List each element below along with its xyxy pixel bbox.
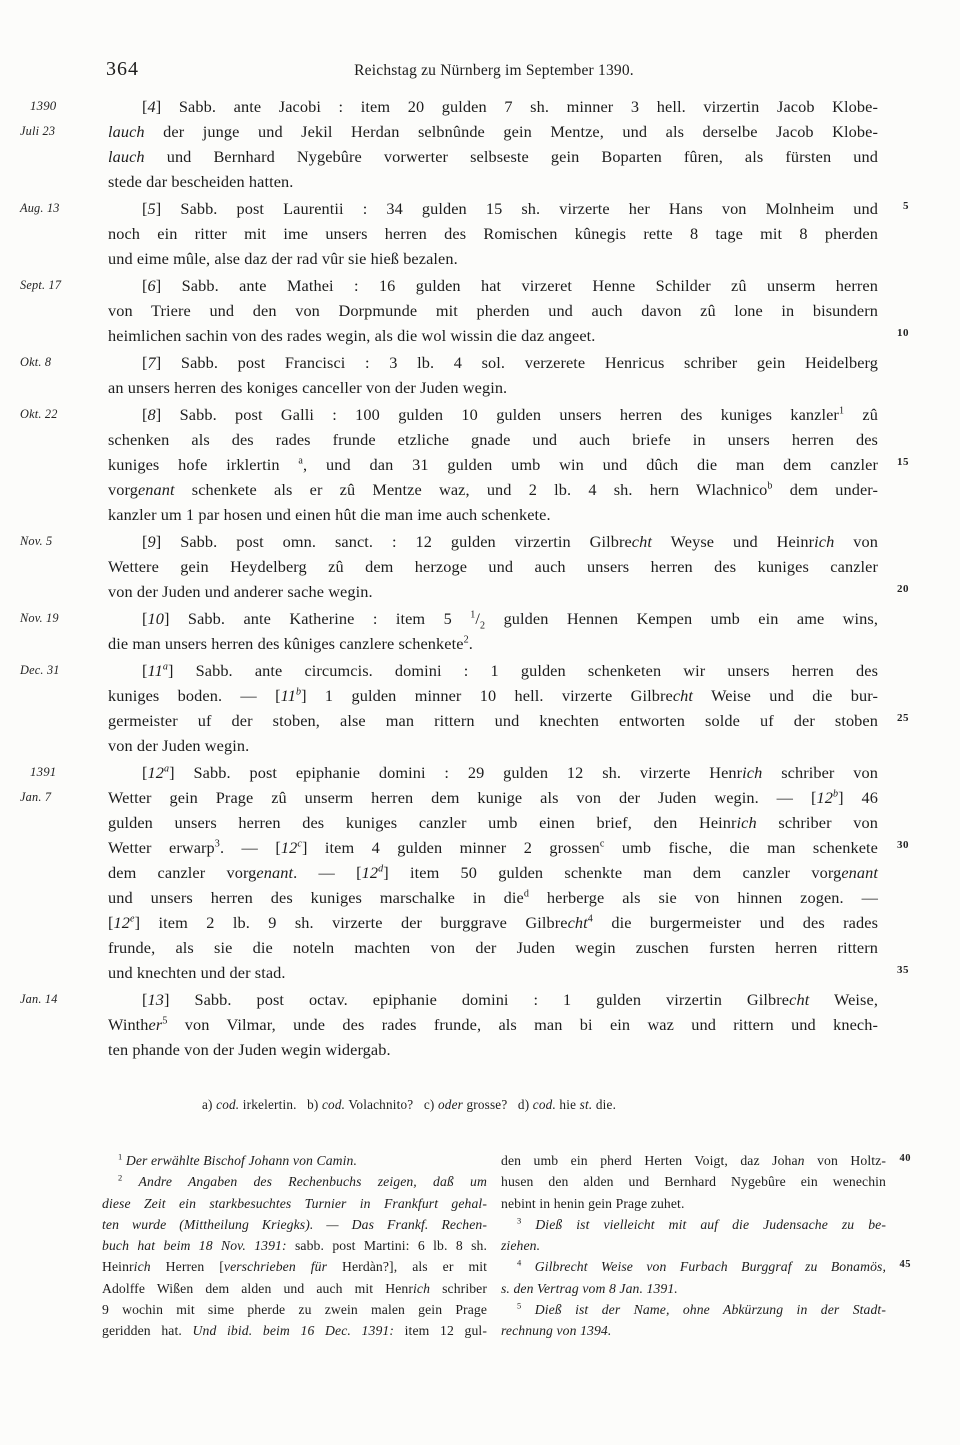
text-line: an unsers herren des koniges canceller v… — [108, 375, 878, 400]
text-line: [11a] Sabb. ante circumcis. domini : 1 g… — [108, 658, 878, 683]
text-line: kuniges hofe irklertin a, und dan 31 gul… — [108, 452, 878, 477]
text-line: und knechten und der stad. — [108, 960, 878, 985]
footnote-line-row: den umb ein pherd Herten Voigt, daz Joha… — [501, 1150, 886, 1171]
footnote-line: 1 Der erwählte Bischof Johann von Camin. — [102, 1150, 487, 1171]
text-line-row: von der Juden und anderer sache wegin.20 — [108, 579, 878, 604]
text-line-row: [8] Sabb. post Galli : 100 gulden 10 gul… — [108, 402, 878, 427]
margin-date: Okt. 8 — [20, 350, 96, 375]
margin-date-line: Juli 23 — [20, 119, 96, 144]
text-line: Wetter gein Prage zû unserm herren dem k… — [108, 785, 878, 810]
margin-date: Jan. 14 — [20, 987, 96, 1012]
footnote-line-row: 3 Dieß ist vielleicht mit auf die Judens… — [501, 1214, 886, 1235]
text-line-row: Wettere gein Heydelberg zû dem herzoge u… — [108, 554, 878, 579]
entry: Okt. 8[7] Sabb. post Francisci : 3 lb. 4… — [108, 350, 878, 400]
text-line: die man unsers herren des kûniges canzle… — [108, 631, 878, 656]
text-line-row: von Triere und den von Dorpmunde mit phe… — [108, 298, 878, 323]
footnote-line: Adolffe Wißen dem alden und auch mit Hen… — [102, 1278, 487, 1299]
margin-date: Okt. 22 — [20, 402, 96, 427]
footnote-line: husen den alden und Bernhard Nygebûre ei… — [501, 1171, 886, 1192]
text-line: von Triere und den von Dorpmunde mit phe… — [108, 298, 878, 323]
footnote-line: s. den Vertrag vom 8 Jan. 1391. — [501, 1278, 886, 1299]
text-line: und eime mûle, alse daz der rad vûr sie … — [108, 246, 878, 271]
line-number: 5 — [903, 201, 909, 212]
footnote-line: rechnung von 1394. — [501, 1320, 886, 1341]
footnote-line-row: ten wurde (Mittheilung Kriegks). — Das F… — [102, 1214, 487, 1235]
footnote-line: 5 Dieß ist der Name, ohne Abkürzung in d… — [501, 1299, 886, 1320]
text-line-row: kuniges boden. — [11b] 1 gulden minner 1… — [108, 683, 878, 708]
text-line: [12a] Sabb. post epiphanie domini : 29 g… — [108, 760, 878, 785]
text-block: 1390Juli 23[4] Sabb. ante Jacobi : item … — [108, 94, 878, 1064]
footnote-line: den umb ein pherd Herten Voigt, daz Joha… — [501, 1150, 886, 1171]
text-line-row: [13] Sabb. post octav. epiphanie domini … — [108, 987, 878, 1012]
margin-date-line: 1390 — [20, 94, 96, 119]
line-number: 10 — [897, 328, 909, 339]
text-line: dem canzler vorgenant. — [12d] item 50 g… — [108, 860, 878, 885]
text-line: Wettere gein Heydelberg zû dem herzoge u… — [108, 554, 878, 579]
entry: Jan. 14[13] Sabb. post octav. epiphanie … — [108, 987, 878, 1062]
text-line: von der Juden und anderer sache wegin. — [108, 579, 878, 604]
footnote-line-row: 1 Der erwählte Bischof Johann von Camin. — [102, 1150, 487, 1171]
document-page: 364 Reichstag zu Nürnberg im September 1… — [0, 0, 960, 1445]
margin-date: Nov. 5 — [20, 529, 96, 554]
text-line: vorgenant schenkete als er zû Mentze waz… — [108, 477, 878, 502]
footnote-line: 4 Gilbrecht Weise von Furbach Burggraf z… — [501, 1256, 886, 1277]
text-line-row: lauch der junge und Jekil Herdan selbnûn… — [108, 119, 878, 144]
text-line: [9] Sabb. post omn. sanct. : 12 gulden v… — [108, 529, 878, 554]
text-line-row: [6] Sabb. ante Mathei : 16 gulden hat vi… — [108, 273, 878, 298]
margin-date-line: 1391 — [20, 760, 96, 785]
line-number: 40 — [900, 1154, 912, 1165]
text-line-row: kuniges hofe irklertin a, und dan 31 gul… — [108, 452, 878, 477]
entry: 1390Juli 23[4] Sabb. ante Jacobi : item … — [108, 94, 878, 194]
entry: Nov. 19[10] Sabb. ante Katherine : item … — [108, 606, 878, 656]
footnote-line-row: Heinrich Herren [verschrieben für Herdàn… — [102, 1256, 487, 1277]
text-line-row: [5] Sabb. post Laurentii : 34 gulden 15 … — [108, 196, 878, 221]
text-line-row: [4] Sabb. ante Jacobi : item 20 gulden 7… — [108, 94, 878, 119]
text-line-row: heimlichen sachin von des rades wegin, a… — [108, 323, 878, 348]
text-line: kanzler um 1 par hosen und einen hût die… — [108, 502, 878, 527]
text-line-row: dem canzler vorgenant. — [12d] item 50 g… — [108, 860, 878, 885]
line-number: 45 — [900, 1260, 912, 1271]
footnote-line: ten wurde (Mittheilung Kriegks). — Das F… — [102, 1214, 487, 1235]
text-line: stede dar bescheiden hatten. — [108, 169, 878, 194]
footnote-line-row: buch hat beim 18 Nov. 1391: sabb. post M… — [102, 1235, 487, 1256]
text-line-row: germeister uf der stoben, alse man ritte… — [108, 708, 878, 733]
text-line-row: ten phande von der Juden wegin widergab. — [108, 1037, 878, 1062]
entry: Dec. 31[11a] Sabb. ante circumcis. domin… — [108, 658, 878, 758]
text-line-row: die man unsers herren des kûniges canzle… — [108, 631, 878, 656]
text-line: schenken als des rades frunde etzliche g… — [108, 427, 878, 452]
text-line: [10] Sabb. ante Katherine : item 5 1/2 g… — [108, 606, 878, 631]
entry: Okt. 22[8] Sabb. post Galli : 100 gulden… — [108, 402, 878, 527]
text-line-row: Wetter gein Prage zû unserm herren dem k… — [108, 785, 878, 810]
line-number: 20 — [897, 584, 909, 595]
text-line: [4] Sabb. ante Jacobi : item 20 gulden 7… — [108, 94, 878, 119]
text-line: [6] Sabb. ante Mathei : 16 gulden hat vi… — [108, 273, 878, 298]
text-line: [7] Sabb. post Francisci : 3 lb. 4 sol. … — [108, 350, 878, 375]
text-line: lauch der junge und Jekil Herdan selbnûn… — [108, 119, 878, 144]
text-line-row: [12e] item 2 lb. 9 sh. virzerte der burg… — [108, 910, 878, 935]
text-line-row: [9] Sabb. post omn. sanct. : 12 gulden v… — [108, 529, 878, 554]
footnotes: 1 Der erwählte Bischof Johann von Camin.… — [102, 1150, 886, 1342]
text-line-row: frunde, als sie die noteln machten von d… — [108, 935, 878, 960]
line-number: 30 — [897, 840, 909, 851]
line-number: 15 — [897, 457, 909, 468]
margin-date: Dec. 31 — [20, 658, 96, 683]
margin-date: 1391Jan. 7 — [20, 760, 96, 810]
text-line-row: und unsers herren des kuniges marschalke… — [108, 885, 878, 910]
footnote-line-row: husen den alden und Bernhard Nygebûre ei… — [501, 1171, 886, 1192]
footnote-line-row: ziehen. — [501, 1235, 886, 1256]
margin-date-line: Dec. 31 — [20, 658, 96, 683]
entry: Sept. 17[6] Sabb. ante Mathei : 16 gulde… — [108, 273, 878, 348]
text-line-row: [12a] Sabb. post epiphanie domini : 29 g… — [108, 760, 878, 785]
line-number: 25 — [897, 713, 909, 724]
footnote-line: 2 Andre Angaben des Rechenbuchs zeigen, … — [102, 1171, 487, 1192]
margin-date-line: Sept. 17 — [20, 273, 96, 298]
text-line: Wetter erwarp3. — [12c] item 4 gulden mi… — [108, 835, 878, 860]
text-line-row: vorgenant schenkete als er zû Mentze waz… — [108, 477, 878, 502]
text-line-row: schenken als des rades frunde etzliche g… — [108, 427, 878, 452]
footnote-line-row: Adolffe Wißen dem alden und auch mit Hen… — [102, 1278, 487, 1299]
text-line: [5] Sabb. post Laurentii : 34 gulden 15 … — [108, 196, 878, 221]
text-line-row: gulden unsers herren des kuniges canzler… — [108, 810, 878, 835]
footnote-line: 3 Dieß ist vielleicht mit auf die Judens… — [501, 1214, 886, 1235]
margin-date: 1390Juli 23 — [20, 94, 96, 144]
entry: 1391Jan. 7[12a] Sabb. post epiphanie dom… — [108, 760, 878, 985]
text-line-row: und eime mûle, alse daz der rad vûr sie … — [108, 246, 878, 271]
line-number: 35 — [897, 965, 909, 976]
text-line: kuniges boden. — [11b] 1 gulden minner 1… — [108, 683, 878, 708]
text-line-row: noch ein ritter mit ime unsers herren de… — [108, 221, 878, 246]
entry: Nov. 5[9] Sabb. post omn. sanct. : 12 gu… — [108, 529, 878, 604]
text-line-row: [7] Sabb. post Francisci : 3 lb. 4 sol. … — [108, 350, 878, 375]
margin-date: Sept. 17 — [20, 273, 96, 298]
text-line: frunde, als sie die noteln machten von d… — [108, 935, 878, 960]
footnote-line-row: 9 wochin mit sime pherde zu zwein malen … — [102, 1299, 487, 1320]
margin-date-line: Jan. 14 — [20, 987, 96, 1012]
footnote-column-right: den umb ein pherd Herten Voigt, daz Joha… — [501, 1150, 886, 1342]
margin-date-line: Nov. 19 — [20, 606, 96, 631]
footnote-line: buch hat beim 18 Nov. 1391: sabb. post M… — [102, 1235, 487, 1256]
margin-date: Nov. 19 — [20, 606, 96, 631]
text-line: von der Juden wegin. — [108, 733, 878, 758]
text-line-row: an unsers herren des koniges canceller v… — [108, 375, 878, 400]
text-line-row: [11a] Sabb. ante circumcis. domini : 1 g… — [108, 658, 878, 683]
footnote-line-row: 4 Gilbrecht Weise von Furbach Burggraf z… — [501, 1256, 886, 1277]
footnote-line: diese Zeit ein starkbesuchtes Turnier in… — [102, 1193, 487, 1214]
footnote-line-row: geridden hat. Und ibid. beim 16 Dec. 139… — [102, 1320, 487, 1341]
footnote-line: nebint in henin gein Prage zuhet. — [501, 1193, 886, 1214]
text-line: noch ein ritter mit ime unsers herren de… — [108, 221, 878, 246]
text-line-row: kanzler um 1 par hosen und einen hût die… — [108, 502, 878, 527]
running-title: Reichstag zu Nürnberg im September 1390. — [108, 62, 880, 80]
text-line-row: stede dar bescheiden hatten. — [108, 169, 878, 194]
footnote-line-row: 5 Dieß ist der Name, ohne Abkürzung in d… — [501, 1299, 886, 1320]
text-line: Winther5 von Vilmar, unde des rades frun… — [108, 1012, 878, 1037]
footnote-column-left: 1 Der erwählte Bischof Johann von Camin.… — [102, 1150, 487, 1342]
text-line: [12e] item 2 lb. 9 sh. virzerte der burg… — [108, 910, 878, 935]
margin-date-line: Okt. 8 — [20, 350, 96, 375]
footnote-line: geridden hat. Und ibid. beim 16 Dec. 139… — [102, 1320, 487, 1341]
footnote-line: 9 wochin mit sime pherde zu zwein malen … — [102, 1299, 487, 1320]
text-line-row: lauch und Bernhard Nygebûre vorwerter se… — [108, 144, 878, 169]
footnote-line: Heinrich Herren [verschrieben für Herdàn… — [102, 1256, 487, 1277]
margin-date-line: Nov. 5 — [20, 529, 96, 554]
footnote-line-row: 2 Andre Angaben des Rechenbuchs zeigen, … — [102, 1171, 487, 1192]
entry: Aug. 13[5] Sabb. post Laurentii : 34 gul… — [108, 196, 878, 271]
margin-date-line: Aug. 13 — [20, 196, 96, 221]
margin-date-line: Jan. 7 — [20, 785, 96, 810]
text-line-row: Winther5 von Vilmar, unde des rades frun… — [108, 1012, 878, 1037]
text-line: heimlichen sachin von des rades wegin, a… — [108, 323, 878, 348]
text-line: germeister uf der stoben, alse man ritte… — [108, 708, 878, 733]
footnote-line-row: rechnung von 1394. — [501, 1320, 886, 1341]
footnote-line-row: nebint in henin gein Prage zuhet. — [501, 1193, 886, 1214]
text-line-row: von der Juden wegin. — [108, 733, 878, 758]
footnote-line-row: diese Zeit ein starkbesuchtes Turnier in… — [102, 1193, 487, 1214]
text-line: ten phande von der Juden wegin widergab. — [108, 1037, 878, 1062]
variants-note: a) cod. irkelertin. b) cod. Volachnito? … — [108, 1097, 878, 1113]
margin-date: Aug. 13 — [20, 196, 96, 221]
footnote-line-row: s. den Vertrag vom 8 Jan. 1391. — [501, 1278, 886, 1299]
text-line-row: Wetter erwarp3. — [12c] item 4 gulden mi… — [108, 835, 878, 860]
footnote-line: ziehen. — [501, 1235, 886, 1256]
text-line: lauch und Bernhard Nygebûre vorwerter se… — [108, 144, 878, 169]
text-line: gulden unsers herren des kuniges canzler… — [108, 810, 878, 835]
text-line: [8] Sabb. post Galli : 100 gulden 10 gul… — [108, 402, 878, 427]
text-line-row: und knechten und der stad.35 — [108, 960, 878, 985]
margin-date-line: Okt. 22 — [20, 402, 96, 427]
text-line-row: [10] Sabb. ante Katherine : item 5 1/2 g… — [108, 606, 878, 631]
text-line: [13] Sabb. post octav. epiphanie domini … — [108, 987, 878, 1012]
text-line: und unsers herren des kuniges marschalke… — [108, 885, 878, 910]
